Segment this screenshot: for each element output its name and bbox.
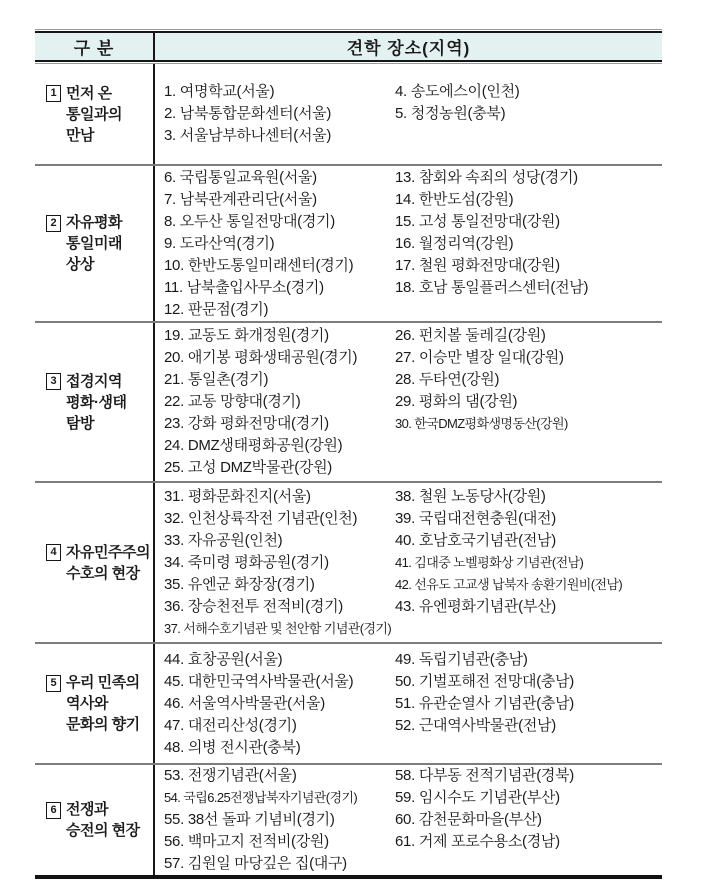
place-item: 28. 두타연(강원) <box>395 369 662 391</box>
category-cell: 6전쟁과 승전의 현장 <box>35 765 155 875</box>
place-item: 18. 호남 통일플러스센터(전남) <box>395 277 662 299</box>
places-column-right: 58. 다부동 전적기념관(경북)59. 임시수도 기념관(부산)60. 감천문… <box>395 765 662 875</box>
place-item: 40. 호남호국기념관(전남) <box>395 530 662 552</box>
place-item: 43. 유엔평화기념관(부산) <box>395 596 662 618</box>
place-item: 36. 장승천전투 전적비(경기) <box>164 596 395 618</box>
place-item: 12. 판문점(경기) <box>164 299 395 321</box>
places-column-left: 31. 평화문화진지(서울)32. 인천상륙작전 기념관(인천)33. 자유공원… <box>155 486 395 640</box>
category-number-box: 4 <box>46 544 61 561</box>
place-item: 56. 백마고지 전적비(강원) <box>164 831 395 853</box>
places-cell: 31. 평화문화진지(서울)32. 인천상륙작전 기념관(인천)33. 자유공원… <box>155 483 662 642</box>
places-columns: 19. 교동도 화개정원(경기)20. 애기봉 평화생태공원(경기)21. 통일… <box>155 325 662 479</box>
places-cell: 53. 전쟁기념관(서울)54. 국립6.25전쟁납북자기념관(경기)55. 3… <box>155 765 662 875</box>
category-number-box: 1 <box>46 85 61 102</box>
places-column-left: 6. 국립통일교육원(서울)7. 남북관계관리단(서울)8. 오두산 통일전망대… <box>155 167 395 321</box>
places-cell: 1. 여명학교(서울)2. 남북통합문화센터(서울)3. 서울남부하나센터(서울… <box>155 64 662 164</box>
place-item: 23. 강화 평화전망대(경기) <box>164 413 395 435</box>
places-column-right: 49. 독립기념관(충남)50. 기벌포해전 전망대(충남)51. 유관순열사 … <box>395 649 662 759</box>
category-label: 2자유평화 통일미래 상상 <box>46 212 122 275</box>
place-item: 32. 인천상륙작전 기념관(인천) <box>164 508 395 530</box>
category-cell: 2자유평화 통일미래 상상 <box>35 166 155 321</box>
category-label: 3접경지역 평화·생태 탐방 <box>46 371 126 434</box>
place-item: 30. 한국DMZ평화생명동산(강원) <box>395 413 662 435</box>
place-item: 60. 감천문화마을(부산) <box>395 809 662 831</box>
category-text: 자유민주주의 수호의 현장 <box>66 542 150 584</box>
top-rule-thin <box>35 29 662 30</box>
places-columns: 6. 국립통일교육원(서울)7. 남북관계관리단(서울)8. 오두산 통일전망대… <box>155 167 662 321</box>
place-item: 55. 38선 돌파 기념비(경기) <box>164 809 395 831</box>
category-text: 먼저 온 통일과의 만남 <box>66 83 122 146</box>
places-cell: 6. 국립통일교육원(서울)7. 남북관계관리단(서울)8. 오두산 통일전망대… <box>155 166 662 321</box>
header-places: 견학 장소(지역) <box>155 34 662 59</box>
place-item: 46. 서울역사박물관(서울) <box>164 693 395 715</box>
header-category: 구 분 <box>35 33 155 60</box>
category-cell: 4자유민주주의 수호의 현장 <box>35 483 155 642</box>
place-item: 53. 전쟁기념관(서울) <box>164 765 395 787</box>
place-item: 15. 고성 통일전망대(강원) <box>395 211 662 233</box>
places-column-right: 38. 철원 노동당사(강원)39. 국립대전현충원(대전)40. 호남호국기념… <box>395 486 662 640</box>
place-item: 41. 김대중 노벨평화상 기념관(전남) <box>395 552 662 574</box>
place-item: 6. 국립통일교육원(서울) <box>164 167 395 189</box>
place-item: 16. 월정리역(강원) <box>395 233 662 255</box>
place-item: 17. 철원 평화전망대(강원) <box>395 255 662 277</box>
category-text: 우리 민족의 역사와 문화의 향기 <box>66 672 140 735</box>
place-item: 37. 서해수호기념관 및 천안함 기념관(경기) <box>164 618 395 640</box>
place-item: 45. 대한민국역사박물관(서울) <box>164 671 395 693</box>
place-item: 39. 국립대전현충원(대전) <box>395 508 662 530</box>
places-column-right: 26. 펀치볼 둘레길(강원)27. 이승만 별장 일대(강원)28. 두타연(… <box>395 325 662 479</box>
places-columns: 53. 전쟁기념관(서울)54. 국립6.25전쟁납북자기념관(경기)55. 3… <box>155 765 662 875</box>
category-cell: 5우리 민족의 역사와 문화의 향기 <box>35 644 155 763</box>
place-item: 29. 평화의 댐(강원) <box>395 391 662 413</box>
category-label: 6전쟁과 승전의 현장 <box>46 799 140 841</box>
place-item: 42. 선유도 고교생 납북자 송환기원비(전남) <box>395 574 662 596</box>
place-item: 58. 다부동 전적기념관(경북) <box>395 765 662 787</box>
place-item: 49. 독립기념관(충남) <box>395 649 662 671</box>
place-item: 10. 한반도통일미래센터(경기) <box>164 255 395 277</box>
place-item: 25. 고성 DMZ박물관(강원) <box>164 457 395 479</box>
places-column-right: 13. 참회와 속죄의 성당(경기)14. 한반도섬(강원)15. 고성 통일전… <box>395 167 662 321</box>
place-item: 33. 자유공원(인천) <box>164 530 395 552</box>
place-item: 7. 남북관계관리단(서울) <box>164 189 395 211</box>
category-cell: 3접경지역 평화·생태 탐방 <box>35 323 155 481</box>
place-item: 19. 교동도 화개정원(경기) <box>164 325 395 347</box>
table-header-row: 구 분 견학 장소(지역) <box>35 31 662 62</box>
place-item: 48. 의병 전시관(충북) <box>164 737 395 759</box>
place-item: 27. 이승만 별장 일대(강원) <box>395 347 662 369</box>
category-text: 전쟁과 승전의 현장 <box>66 799 140 841</box>
place-item: 11. 남북출입사무소(경기) <box>164 277 395 299</box>
category-number-box: 5 <box>46 675 61 692</box>
category-number-box: 2 <box>46 215 61 232</box>
place-item: 5. 청정농원(충북) <box>395 103 662 125</box>
places-column-left: 44. 효창공원(서울)45. 대한민국역사박물관(서울)46. 서울역사박물관… <box>155 649 395 759</box>
place-item: 35. 유엔군 화장장(경기) <box>164 574 395 596</box>
places-columns: 44. 효창공원(서울)45. 대한민국역사박물관(서울)46. 서울역사박물관… <box>155 649 662 759</box>
table-row: 1먼저 온 통일과의 만남1. 여명학교(서울)2. 남북통합문화센터(서울)3… <box>35 64 662 164</box>
table-row: 2자유평화 통일미래 상상6. 국립통일교육원(서울)7. 남북관계관리단(서울… <box>35 164 662 321</box>
place-item: 61. 거제 포로수용소(경남) <box>395 831 662 853</box>
place-item: 26. 펀치볼 둘레길(강원) <box>395 325 662 347</box>
places-cell: 19. 교동도 화개정원(경기)20. 애기봉 평화생태공원(경기)21. 통일… <box>155 323 662 481</box>
table-row: 3접경지역 평화·생태 탐방19. 교동도 화개정원(경기)20. 애기봉 평화… <box>35 321 662 481</box>
place-item: 44. 효창공원(서울) <box>164 649 395 671</box>
place-item: 54. 국립6.25전쟁납북자기념관(경기) <box>164 787 395 809</box>
place-item: 38. 철원 노동당사(강원) <box>395 486 662 508</box>
category-number-box: 3 <box>46 373 61 390</box>
category-text: 자유평화 통일미래 상상 <box>66 212 122 275</box>
places-columns: 1. 여명학교(서울)2. 남북통합문화센터(서울)3. 서울남부하나센터(서울… <box>155 81 662 147</box>
places-column-left: 19. 교동도 화개정원(경기)20. 애기봉 평화생태공원(경기)21. 통일… <box>155 325 395 479</box>
place-item: 59. 임시수도 기념관(부산) <box>395 787 662 809</box>
places-columns: 31. 평화문화진지(서울)32. 인천상륙작전 기념관(인천)33. 자유공원… <box>155 486 662 640</box>
place-item: 3. 서울남부하나센터(서울) <box>164 125 395 147</box>
place-item: 31. 평화문화진지(서울) <box>164 486 395 508</box>
table-row: 4자유민주주의 수호의 현장31. 평화문화진지(서울)32. 인천상륙작전 기… <box>35 481 662 642</box>
place-item: 21. 통일촌(경기) <box>164 369 395 391</box>
category-label: 1먼저 온 통일과의 만남 <box>46 83 122 146</box>
places-cell: 44. 효창공원(서울)45. 대한민국역사박물관(서울)46. 서울역사박물관… <box>155 644 662 763</box>
place-item: 51. 유관순열사 기념관(충남) <box>395 693 662 715</box>
place-item: 57. 김원일 마당깊은 집(대구) <box>164 853 395 875</box>
category-label: 4자유민주주의 수호의 현장 <box>46 542 150 584</box>
category-cell: 1먼저 온 통일과의 만남 <box>35 64 155 164</box>
place-item: 4. 송도에스이(인천) <box>395 81 662 103</box>
places-column-left: 1. 여명학교(서울)2. 남북통합문화센터(서울)3. 서울남부하나센터(서울… <box>155 81 395 147</box>
table-row: 6전쟁과 승전의 현장53. 전쟁기념관(서울)54. 국립6.25전쟁납북자기… <box>35 763 662 875</box>
place-item: 14. 한반도섬(강원) <box>395 189 662 211</box>
place-item: 22. 교동 망향대(경기) <box>164 391 395 413</box>
place-item: 24. DMZ생태평화공원(강원) <box>164 435 395 457</box>
category-text: 접경지역 평화·생태 탐방 <box>66 371 126 434</box>
category-number-box: 6 <box>46 802 61 819</box>
place-item: 52. 근대역사박물관(전남) <box>395 715 662 737</box>
document-page: 구 분 견학 장소(지역) 1먼저 온 통일과의 만남1. 여명학교(서울)2.… <box>0 0 711 890</box>
table-row: 5우리 민족의 역사와 문화의 향기44. 효창공원(서울)45. 대한민국역사… <box>35 642 662 763</box>
field-trip-table: 구 분 견학 장소(지역) 1먼저 온 통일과의 만남1. 여명학교(서울)2.… <box>35 29 662 879</box>
place-item: 20. 애기봉 평화생태공원(경기) <box>164 347 395 369</box>
table-body: 1먼저 온 통일과의 만남1. 여명학교(서울)2. 남북통합문화센터(서울)3… <box>35 64 662 875</box>
category-label: 5우리 민족의 역사와 문화의 향기 <box>46 672 140 735</box>
place-item: 13. 참회와 속죄의 성당(경기) <box>395 167 662 189</box>
places-column-right: 4. 송도에스이(인천)5. 청정농원(충북) <box>395 81 662 147</box>
place-item: 8. 오두산 통일전망대(경기) <box>164 211 395 233</box>
place-item: 1. 여명학교(서울) <box>164 81 395 103</box>
place-item: 50. 기벌포해전 전망대(충남) <box>395 671 662 693</box>
place-item: 47. 대전리산성(경기) <box>164 715 395 737</box>
places-column-left: 53. 전쟁기념관(서울)54. 국립6.25전쟁납북자기념관(경기)55. 3… <box>155 765 395 875</box>
place-item: 34. 죽미령 평화공원(경기) <box>164 552 395 574</box>
place-item: 2. 남북통합문화센터(서울) <box>164 103 395 125</box>
place-item: 9. 도라산역(경기) <box>164 233 395 255</box>
